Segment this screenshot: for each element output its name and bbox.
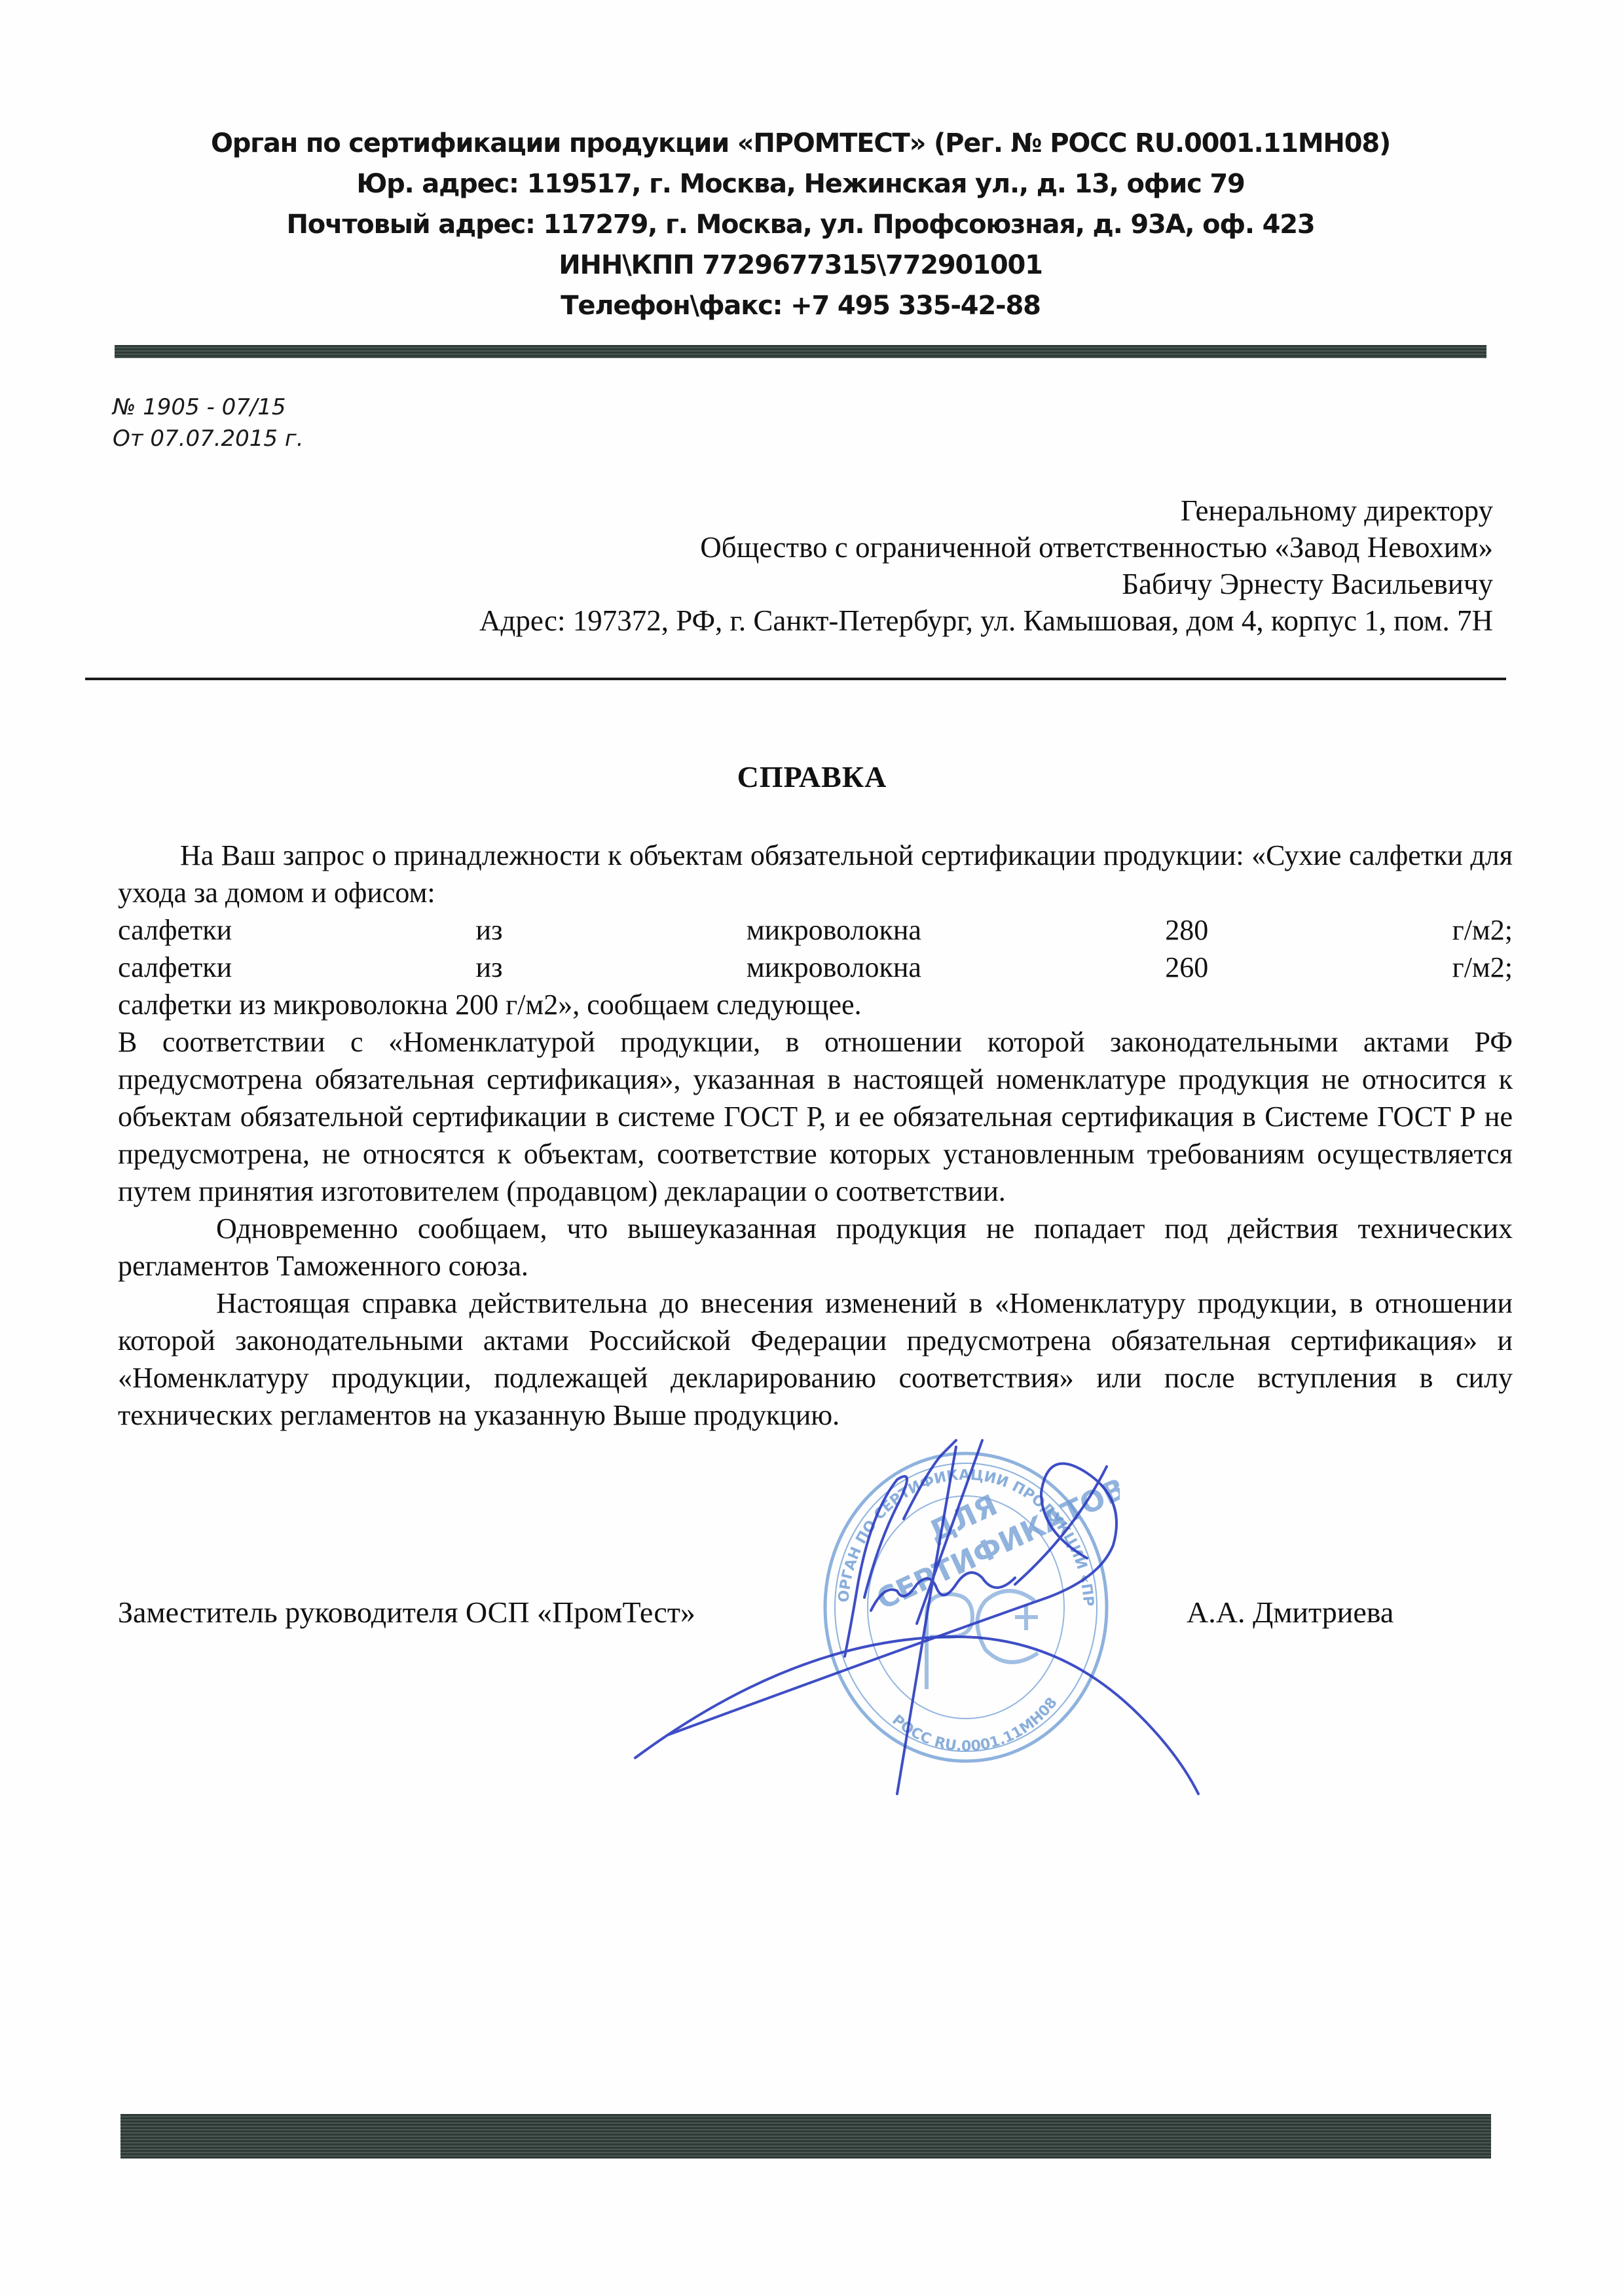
addressee-company: Общество с ограниченной ответственностью…: [479, 529, 1493, 566]
footer-divider-bar: [120, 2114, 1491, 2159]
letterhead-org-line: Орган по сертификации продукции «ПРОМТЕС…: [115, 123, 1486, 164]
product-word: салфетки: [118, 949, 232, 986]
paragraph-nomenclature: В соответствии с «Номенклатурой продукци…: [118, 1023, 1513, 1210]
product-row-280: салфетки из микроволокна 280 г/м2;: [118, 911, 1513, 949]
intro-paragraph: На Ваш запрос о принадлежности к объекта…: [118, 837, 1513, 911]
signatory-name: А.А. Дмитриева: [1187, 1595, 1393, 1630]
svg-text:ОРГАН ПО СЕРТИФИКАЦИИ ПРОДУКЦИ: ОРГАН ПО СЕРТИФИКАЦИИ ПРОДУКЦИИ «ПРОМТЕС…: [812, 1440, 1096, 1607]
intro-end: салфетки из микроволокна 200 г/м2», сооб…: [118, 986, 1513, 1023]
product-word: микроволокна: [747, 949, 921, 986]
product-word: из: [476, 911, 503, 949]
paragraph-validity: Настоящая справка действительна до внесе…: [118, 1285, 1513, 1434]
reference-number: № 1905 - 07/15: [113, 392, 304, 423]
product-word: из: [476, 949, 503, 986]
addressee-address: Адрес: 197372, РФ, г. Санкт-Петербург, у…: [479, 602, 1493, 639]
product-unit: г/м2;: [1452, 911, 1513, 949]
stamp-bottom-text: РОСС RU.0001.11МН08: [889, 1694, 1060, 1755]
product-density: 260: [1165, 949, 1208, 986]
letterhead-legal-address: Юр. адрес: 119517, г. Москва, Нежинская …: [115, 164, 1486, 204]
svg-text:РОСС RU.0001.11МН08: РОСС RU.0001.11МН08: [889, 1694, 1060, 1755]
document-title: СПРАВКА: [0, 759, 1624, 794]
stamp-outer-text: ОРГАН ПО СЕРТИФИКАЦИИ ПРОДУКЦИИ «ПРОМТЕС…: [812, 1440, 1096, 1607]
addressee-person: Бабичу Эрнесту Васильевичу: [479, 566, 1493, 602]
letterhead-phone-fax: Телефон\факс: +7 495 335-42-88: [115, 285, 1486, 326]
reference-date: От 07.07.2015 г.: [113, 423, 304, 454]
header-divider-bar: [115, 345, 1486, 358]
addressee-divider: [85, 678, 1506, 680]
document-body: На Ваш запрос о принадлежности к объекта…: [118, 837, 1513, 1434]
letterhead-postal-address: Почтовый адрес: 117279, г. Москва, ул. П…: [115, 204, 1486, 245]
product-word: микроволокна: [747, 911, 921, 949]
product-word: салфетки: [118, 911, 232, 949]
signatory-role: Заместитель руководителя ОСП «ПромТест»: [118, 1595, 695, 1630]
stamp-center-line-2: СЕРТИФИКАТОВ: [872, 1472, 1120, 1616]
product-unit: г/м2;: [1452, 949, 1513, 986]
document-page: Орган по сертификации продукции «ПРОМТЕС…: [0, 0, 1624, 2296]
addressee-block: Генеральному директору Общество с ограни…: [479, 492, 1493, 639]
stamp-center-line-1: ДЛЯ: [923, 1489, 1003, 1550]
letterhead: Орган по сертификации продукции «ПРОМТЕС…: [115, 123, 1486, 326]
letterhead-inn-kpp: ИНН\КПП 7729677315\772901001: [115, 245, 1486, 285]
reference-block: № 1905 - 07/15 От 07.07.2015 г.: [113, 392, 304, 454]
product-row-260: салфетки из микроволокна 260 г/м2;: [118, 949, 1513, 986]
certification-stamp: ОРГАН ПО СЕРТИФИКАЦИИ ПРОДУКЦИИ «ПРОМТЕС…: [812, 1440, 1120, 1768]
paragraph-customs-union: Одновременно сообщаем, что вышеуказанная…: [118, 1210, 1513, 1285]
product-density: 280: [1165, 911, 1208, 949]
addressee-position: Генеральному директору: [479, 492, 1493, 529]
